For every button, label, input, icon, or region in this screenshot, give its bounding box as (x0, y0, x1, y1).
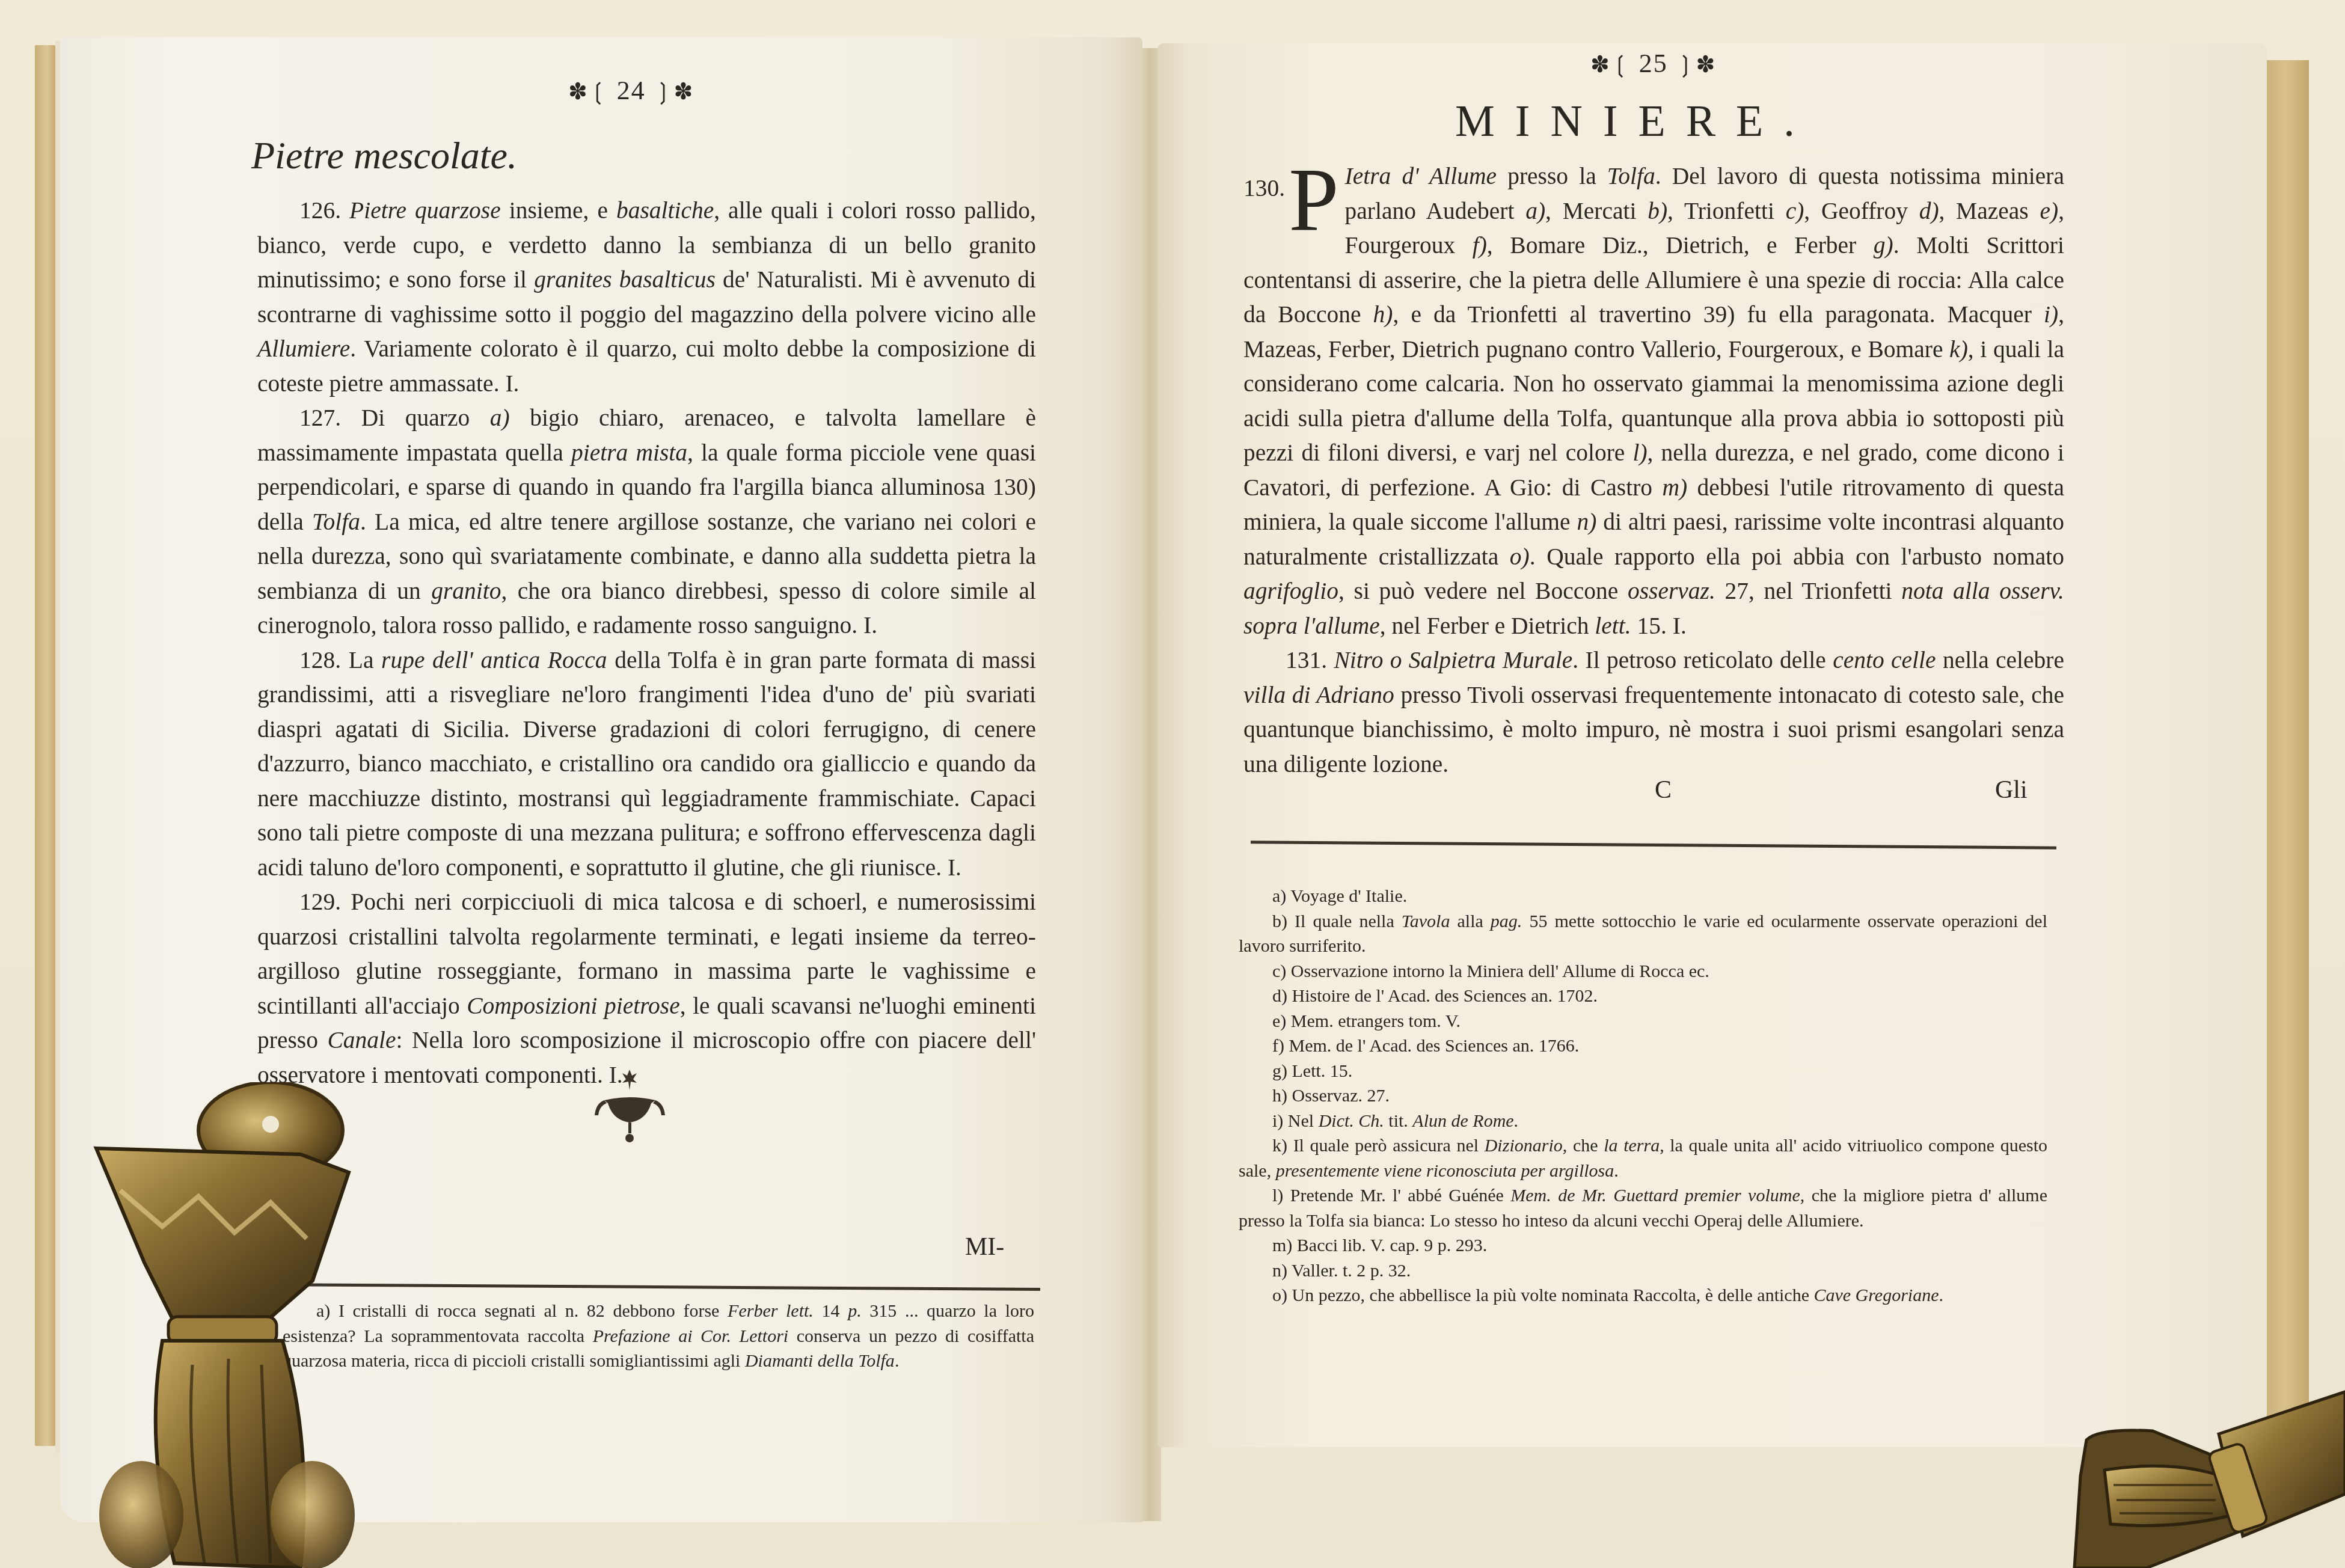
right-page-number: 25 (1639, 49, 1668, 78)
footnote: n) Valler. t. 2 p. 32. (1239, 1258, 2047, 1284)
italic-run: k) (1949, 336, 1968, 363)
book-cover-board-right (2262, 60, 2309, 1443)
text-run: o) Un pezzo, che abbellisce la più volte… (1272, 1285, 1813, 1305)
italic-run: Prefazione ai Cor. Lettori (593, 1326, 788, 1346)
text-run: insieme, e (501, 197, 616, 224)
italic-run: Canale (327, 1027, 396, 1053)
italic-run: rupe dell' antica Rocca (381, 647, 607, 673)
italic-run: Alun de Rome (1412, 1111, 1513, 1131)
right-section-title: MINIERE. (1455, 96, 1815, 147)
footnote: f) Mem. de l' Acad. des Sciences an. 176… (1239, 1034, 2047, 1059)
italic-run: pietra mista (571, 439, 687, 466)
text-run: tit. (1384, 1111, 1413, 1131)
brass-hand-clip-right (2062, 1356, 2345, 1568)
fleuron-left-icon: ✽❲ (1590, 51, 1631, 78)
text-run: nella celebre (1936, 647, 2064, 673)
italic-run: cento celle (1833, 647, 1936, 673)
italic-run: pag. (1491, 911, 1522, 931)
fleuron-right-icon: ❳✽ (654, 78, 694, 105)
text-run: . Variamente colorato è il quarzo, cui m… (257, 335, 1036, 397)
book-edge-left (35, 45, 55, 1446)
text-run: c) Osservazione intorno la Miniera dell'… (1272, 961, 1709, 981)
italic-run: Ietra d' Allume (1345, 163, 1497, 189)
paragraph-number: 128. (299, 647, 349, 673)
italic-run: Diamanti della Tolfa (745, 1351, 895, 1371)
italic-run: Tolfa (312, 509, 360, 535)
italic-run: Tavola (1402, 911, 1450, 931)
footnote: h) Osservaz. 27. (1239, 1083, 2047, 1109)
text-run: g) Lett. 15. (1272, 1061, 1352, 1081)
left-running-head: ✽❲ 24 ❳✽ (568, 75, 694, 106)
italic-run: n) (1577, 509, 1596, 535)
right-running-head: ✽❲ 25 ❳✽ (1590, 48, 1716, 79)
drop-cap: P (1289, 164, 1338, 236)
text-run: , nel Ferber e Dietrich (1380, 613, 1595, 639)
italic-run: g) (1874, 232, 1893, 259)
text-run: e) Mem. etrangers tom. V. (1272, 1011, 1461, 1031)
paragraph: 131. Nitro o Salpietra Murale. Il petros… (1243, 643, 2064, 782)
italic-run: Ferber lett. (728, 1301, 814, 1321)
footnote: d) Histoire de l' Acad. des Sciences an.… (1239, 984, 2047, 1009)
paragraph-number: 126. (299, 197, 349, 224)
paragraph: 126. Pietre quarzose insieme, e basaltic… (257, 194, 1036, 401)
footnote: c) Osservazione intorno la Miniera dell'… (1239, 959, 2047, 984)
text-run: , Bomare Diz., Dietrich, e Ferber (1487, 232, 1874, 259)
text-run: , si può vedere nel Boccone (1338, 578, 1628, 604)
text-run: presso la (1497, 163, 1607, 189)
text-run: . Il petroso reticolato delle (1572, 647, 1833, 673)
paragraph: 128. La rupe dell' antica Rocca della To… (257, 643, 1036, 886)
text-run: . Quale rapporto ella poi abbia con l'ar… (1530, 544, 2064, 570)
italic-run: p. (848, 1301, 862, 1321)
italic-run: basaltiche (616, 197, 714, 224)
italic-run: villa di Adriano (1243, 682, 1394, 708)
footnote: a) Voyage d' Italie. (1239, 884, 2047, 909)
text-run: i) Nel (1272, 1111, 1319, 1131)
footnote: l) Pretende Mr. l' abbé Guénée Mem. de M… (1239, 1183, 2047, 1233)
text-run: . (895, 1351, 900, 1371)
text-run: . (1614, 1161, 1619, 1181)
italic-run: m) (1662, 474, 1687, 501)
text-run: Di quarzo (361, 405, 490, 431)
italic-run: Composizioni pietrose (467, 993, 680, 1019)
paragraph: 127. Di quarzo a) bigio chiaro, arenaceo… (257, 401, 1036, 643)
paragraph-number: 131. (1286, 647, 1334, 673)
italic-run: Dizionario (1485, 1136, 1563, 1156)
text-run: della Tolfa è in gran parte formata di m… (257, 647, 1036, 881)
footnote: e) Mem. etrangers tom. V. (1239, 1009, 2047, 1034)
text-run: n) Valler. t. 2 p. 32. (1272, 1261, 1411, 1281)
text-run: 27, nel Trionfetti (1715, 578, 1901, 604)
footnote: k) Il quale però assicura nel Dizionario… (1239, 1133, 2047, 1183)
paragraph: 130. PIetra d' Allume presso la Tolfa. D… (1243, 159, 2064, 643)
text-run: 14 (814, 1301, 848, 1321)
italic-run: o) (1510, 544, 1530, 570)
text-run: , Trionfetti (1667, 198, 1786, 224)
paragraph-number: 129. (299, 889, 351, 915)
text-run: d) Histoire de l' Acad. des Sciences an.… (1272, 986, 1598, 1006)
footnote: g) Lett. 15. (1239, 1059, 2047, 1084)
footnote: i) Nel Dict. Ch. tit. Alun de Rome. (1239, 1109, 2047, 1134)
italic-run: Mem. de Mr. Guettard premier volume (1510, 1186, 1800, 1205)
italic-run: la terra (1604, 1136, 1660, 1156)
text-run: m) Bacci lib. V. cap. 9 p. 293. (1272, 1236, 1487, 1255)
left-footnotes: a) I cristalli di rocca segnati al n. 82… (283, 1299, 1034, 1374)
italic-run: e) (2040, 198, 2058, 224)
text-run: , Mazeas (1939, 198, 2040, 224)
italic-run: Allumiere (257, 335, 350, 362)
italic-run: c) (1786, 198, 1804, 224)
right-catchword: Gli (1995, 776, 2028, 804)
text-run: La (349, 647, 381, 673)
footnote: a) I cristalli di rocca segnati al n. 82… (283, 1299, 1034, 1374)
italic-run: h) (1373, 301, 1393, 328)
urn-ornament-icon (592, 1067, 667, 1148)
text-run: b) Il quale nella (1272, 911, 1402, 931)
text-run: 15. I. (1631, 613, 1687, 639)
fleuron-left-icon: ✽❲ (568, 78, 609, 105)
italic-run: d) (1919, 198, 1939, 224)
italic-run: f) (1473, 232, 1487, 259)
left-body-text: 126. Pietre quarzose insieme, e basaltic… (257, 194, 1036, 1092)
italic-run: granites basalticus (534, 266, 716, 293)
footnote: o) Un pezzo, che abbellisce la più volte… (1239, 1283, 2047, 1308)
italic-run: lett. (1595, 613, 1631, 639)
left-page-number: 24 (617, 76, 646, 105)
left-catchword: MI- (965, 1233, 1004, 1261)
text-run: f) Mem. de l' Acad. des Sciences an. 176… (1272, 1036, 1579, 1056)
right-footnotes: a) Voyage d' Italie.b) Il quale nella Ta… (1239, 884, 2047, 1308)
text-run: , Geoffroy (1804, 198, 1919, 224)
italic-run: i) (2044, 301, 2058, 328)
text-run: , e da Trionfetti al travertino 39) fu e… (1393, 301, 2044, 328)
brass-hand-clip-left (84, 1082, 373, 1568)
italic-run: b) (1648, 198, 1667, 224)
paragraph-number: 130. (1243, 171, 1285, 206)
text-run: h) Osservaz. 27. (1272, 1086, 1390, 1106)
text-run: , che (1563, 1136, 1604, 1156)
footnote: m) Bacci lib. V. cap. 9 p. 293. (1239, 1233, 2047, 1258)
paragraph: 129. Pochi neri corpicciuoli di mica tal… (257, 885, 1036, 1092)
italic-run: agrifoglio (1243, 578, 1338, 604)
italic-run: a) (1525, 198, 1545, 224)
text-run: . (1939, 1285, 1943, 1305)
right-body-text: 130. PIetra d' Allume presso la Tolfa. D… (1243, 159, 2064, 782)
text-run: , Mercati (1545, 198, 1648, 224)
text-run: l) Pretende Mr. l' abbé Guénée (1272, 1186, 1510, 1205)
italic-run: Nitro o Salpietra Murale (1334, 647, 1572, 673)
footnote: b) Il quale nella Tavola alla pag. 55 me… (1239, 909, 2047, 959)
italic-run: Tolfa (1607, 163, 1655, 189)
italic-run: Dict. Ch. (1319, 1111, 1384, 1131)
italic-run: l) (1632, 439, 1647, 466)
italic-run: Pietre quarzose (349, 197, 501, 224)
text-run: a) Voyage d' Italie. (1272, 886, 1407, 906)
text-run: . (1514, 1111, 1519, 1131)
text-run: a) I cristalli di rocca segnati al n. 82… (316, 1301, 728, 1321)
fleuron-right-icon: ❳✽ (1676, 51, 1717, 78)
italic-run: a) (490, 405, 510, 431)
text-run: alla (1450, 911, 1490, 931)
signature-mark: C (1655, 776, 1672, 804)
left-section-title: Pietre mescolate. (251, 133, 517, 178)
italic-run: granito (431, 578, 501, 604)
italic-run: presentemente viene riconosciuta per arg… (1276, 1161, 1614, 1181)
text-run: k) Il quale però assicura nel (1272, 1136, 1485, 1156)
italic-run: osservaz. (1628, 578, 1715, 604)
italic-run: Cave Gregoriane (1813, 1285, 1939, 1305)
paragraph-number: 127. (299, 405, 361, 431)
